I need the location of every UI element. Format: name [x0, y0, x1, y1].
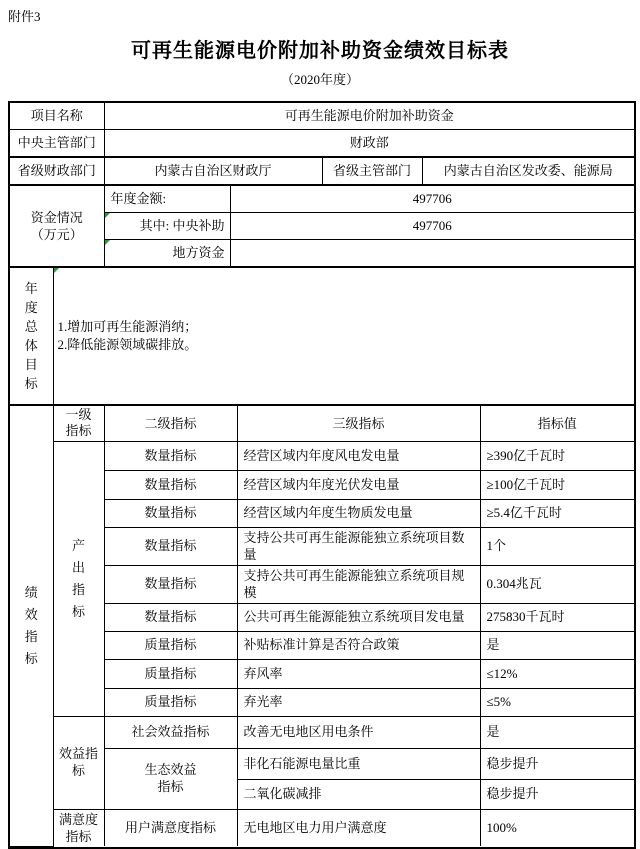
central-dept-value: 财政部	[104, 130, 634, 158]
funding-local-label: 地方资金	[104, 240, 230, 268]
header-level3: 三级指标	[237, 406, 480, 441]
level3-cell: 经营区域内年度生物质发电量	[237, 499, 480, 527]
row-funding-central: 其中: 中央补助 497706	[10, 213, 634, 240]
level3-cell: 经营区域内年度光伏发电量	[237, 470, 480, 499]
project-name-label: 项目名称	[10, 103, 104, 130]
level2-cell: 数量指标	[104, 603, 237, 631]
header-level1: 一级指标	[53, 406, 104, 441]
indicator-row: 数量指标 经营区域内年度光伏发电量 ≥100亿千瓦时	[10, 470, 634, 499]
satisfaction-group-label: 满意度指标	[53, 809, 104, 846]
funding-local-value	[230, 240, 634, 268]
indicator-row: 质量指标 补贴标准计算是否符合政策 是	[10, 631, 634, 659]
value-cell: 是	[480, 631, 634, 659]
provincial-dept-value: 内蒙古自治区发改委、能源局	[422, 157, 634, 185]
level2-cell: 数量指标	[104, 527, 237, 565]
indicator-row: 数量指标 支持公共可再生能源能独立系统项目数量 1个	[10, 527, 634, 565]
level2-cell: 数量指标	[104, 499, 237, 527]
provincial-finance-label: 省级财政部门	[10, 157, 104, 185]
indicator-row: 生态效益指标 非化石能源电量比重 稳步提升	[10, 748, 634, 779]
value-cell: 是	[480, 716, 634, 748]
level3-cell: 支持公共可再生能源能独立系统项目数量	[237, 527, 480, 565]
funding-group-label: 资金情况（万元）	[10, 186, 104, 267]
indicator-row: 质量指标 弃风率 ≤12%	[10, 659, 634, 688]
performance-target-sheet: 项目名称 可再生能源电价附加补助资金 中央主管部门 财政部 省级财政部门 内蒙古…	[8, 101, 636, 849]
benefit-group-label: 效益指标	[53, 716, 104, 809]
value-cell: ≤5%	[480, 688, 634, 716]
value-cell: 1个	[480, 527, 634, 565]
value-cell: 稳步提升	[480, 748, 634, 779]
value-cell: ≤12%	[480, 659, 634, 688]
central-dept-label: 中央主管部门	[10, 130, 104, 158]
indicator-row: 满意度指标 用户满意度指标 无电地区电力用户满意度 100%	[10, 809, 634, 846]
level2-cell: 数量指标	[104, 470, 237, 499]
indicator-row: 质量指标 弃光率 ≤5%	[10, 688, 634, 716]
level2-cell: 数量指标	[104, 565, 237, 603]
provincial-finance-value: 内蒙古自治区财政厅	[104, 157, 322, 185]
level3-cell: 支持公共可再生能源能独立系统项目规模	[237, 565, 480, 603]
level3-cell: 公共可再生能源能独立系统项目发电量	[237, 603, 480, 631]
row-funding-local: 地方资金	[10, 240, 634, 268]
attachment-label: 附件3	[0, 0, 640, 25]
level3-cell: 经营区域内年度风电发电量	[237, 441, 480, 470]
indicator-row: 数量指标 公共可再生能源能独立系统项目发电量 275830千瓦时	[10, 603, 634, 631]
level3-cell: 改善无电地区用电条件	[237, 716, 480, 748]
excel-corner-flag-icon	[105, 240, 110, 245]
project-name-value: 可再生能源电价附加补助资金	[104, 103, 634, 130]
level3-cell: 无电地区电力用户满意度	[237, 809, 480, 846]
value-cell: 100%	[480, 809, 634, 846]
value-cell: ≥100亿千瓦时	[480, 470, 634, 499]
page-title: 可再生能源电价附加补助资金绩效目标表	[0, 34, 640, 63]
value-cell: 0.304兆瓦	[480, 565, 634, 603]
indicator-row: 效益指标 社会效益指标 改善无电地区用电条件 是	[10, 716, 634, 748]
row-provincial-depts: 省级财政部门 内蒙古自治区财政厅 省级主管部门 内蒙古自治区发改委、能源局	[10, 157, 634, 185]
annual-goal-table: 年度总体目标 1.增加可再生能源消纳； 2.降低能源领域碳排放。	[10, 268, 634, 406]
value-cell: 275830千瓦时	[480, 603, 634, 631]
excel-corner-flag-icon	[54, 268, 59, 273]
level2-cell: 质量指标	[104, 688, 237, 716]
level2-cell: 质量指标	[104, 659, 237, 688]
level3-cell: 非化石能源电量比重	[237, 748, 480, 779]
funding-annual-value: 497706	[230, 186, 634, 213]
value-cell: ≥5.4亿千瓦时	[480, 499, 634, 527]
indicators-table: 绩效指标 一级指标 二级指标 三级指标 指标值 产出指标 数量指标 经营区域内年…	[10, 406, 634, 847]
indicator-row: 产出指标 数量指标 经营区域内年度风电发电量 ≥390亿千瓦时	[10, 441, 634, 470]
row-funding-annual: 资金情况（万元） 年度金额: 497706	[10, 186, 634, 213]
funding-central-value: 497706	[230, 213, 634, 240]
annual-goal-label: 年度总体目标	[10, 268, 53, 405]
indicator-row: 数量指标 支持公共可再生能源能独立系统项目规模 0.304兆瓦	[10, 565, 634, 603]
level3-cell: 弃光率	[237, 688, 480, 716]
row-annual-goal: 年度总体目标 1.增加可再生能源消纳； 2.降低能源领域碳排放。	[10, 268, 634, 405]
output-group-label: 产出指标	[53, 441, 104, 716]
annual-goal-content: 1.增加可再生能源消纳； 2.降低能源领域碳排放。	[53, 268, 634, 405]
funding-table: 资金情况（万元） 年度金额: 497706 其中: 中央补助 497706 地方…	[10, 186, 634, 268]
level2-cell: 用户满意度指标	[104, 809, 237, 846]
excel-corner-flag-icon	[105, 213, 110, 218]
row-central-dept: 中央主管部门 财政部	[10, 130, 634, 158]
header-value: 指标值	[480, 406, 634, 441]
indicator-row: 数量指标 经营区域内年度生物质发电量 ≥5.4亿千瓦时	[10, 499, 634, 527]
level2-cell: 质量指标	[104, 631, 237, 659]
level2-cell: 社会效益指标	[104, 716, 237, 748]
provincial-dept-label: 省级主管部门	[322, 157, 422, 185]
eco-benefit-label: 生态效益指标	[104, 748, 237, 809]
page-subtitle: （2020年度）	[0, 69, 640, 88]
value-cell: ≥390亿千瓦时	[480, 441, 634, 470]
level2-cell: 数量指标	[104, 441, 237, 470]
funding-central-label: 其中: 中央补助	[104, 213, 230, 240]
header-level2: 二级指标	[104, 406, 237, 441]
funding-annual-label: 年度金额:	[104, 186, 230, 213]
row-project-name: 项目名称 可再生能源电价附加补助资金	[10, 103, 634, 130]
performance-group-label: 绩效指标	[10, 406, 53, 846]
level3-cell: 补贴标准计算是否符合政策	[237, 631, 480, 659]
indicators-header-row: 绩效指标 一级指标 二级指标 三级指标 指标值	[10, 406, 634, 441]
level3-cell: 弃风率	[237, 659, 480, 688]
info-table: 项目名称 可再生能源电价附加补助资金 中央主管部门 财政部 省级财政部门 内蒙古…	[10, 103, 634, 186]
